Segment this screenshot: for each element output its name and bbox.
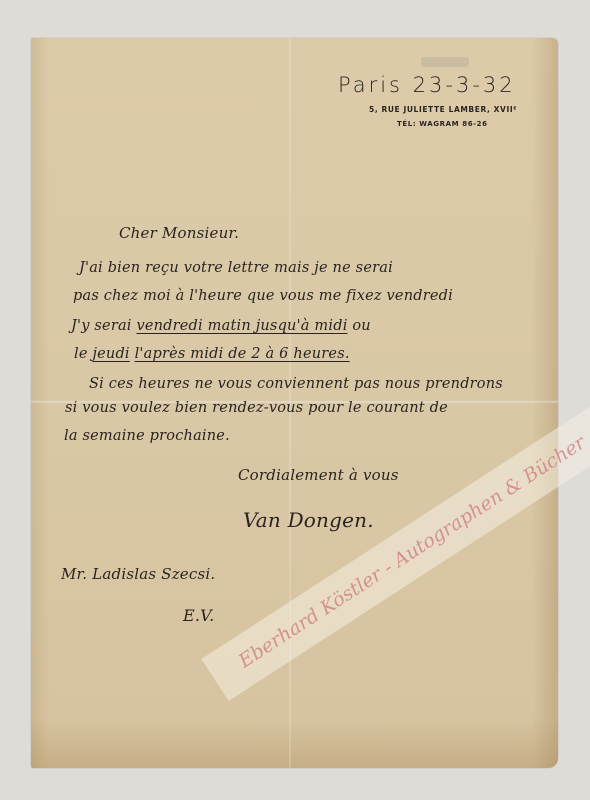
recipient: Mr. Ladislas Szecsi. bbox=[61, 565, 215, 583]
letter-date: Paris 23-3-32 bbox=[338, 73, 516, 97]
body-line-1: J'ai bien reçu votre lettre mais je ne s… bbox=[79, 260, 393, 276]
salutation: Cher Monsieur. bbox=[119, 224, 239, 242]
closing: Cordialement à vous bbox=[238, 466, 399, 484]
letterhead-telephone: TÉL: WAGRAM 86-26 bbox=[397, 120, 488, 128]
body-text: J'y serai bbox=[71, 318, 132, 334]
postscript-initials: E.V. bbox=[183, 606, 214, 625]
letter-paper: Paris 23-3-32 5, RUE JULIETTE LAMBER, XV… bbox=[31, 38, 558, 768]
underlined-text: vendredi matin jusqu'à midi bbox=[136, 318, 347, 334]
body-line-2: pas chez moi à l'heure que vous me fixez… bbox=[73, 288, 453, 304]
body-line-3: J'y serai vendredi matin jusqu'à midi ou bbox=[71, 318, 371, 334]
body-line-6: si vous voulez bien rendez-vous pour le … bbox=[65, 400, 448, 416]
body-line-5: Si ces heures ne vous conviennent pas no… bbox=[89, 376, 503, 392]
body-line-7: la semaine prochaine. bbox=[64, 428, 230, 444]
body-text: ou bbox=[352, 318, 370, 334]
underlined-text: l'après midi de 2 à 6 heures. bbox=[135, 346, 350, 362]
pencil-annotation-mark bbox=[421, 57, 469, 67]
signature: Van Dongen. bbox=[243, 508, 374, 532]
letterhead-address: 5, RUE JULIETTE LAMBER, XVIIᴱ bbox=[369, 105, 517, 114]
underlined-text: jeudi bbox=[92, 346, 129, 362]
body-line-4: le jeudi l'après midi de 2 à 6 heures. bbox=[74, 346, 350, 362]
body-text: le bbox=[74, 346, 88, 362]
